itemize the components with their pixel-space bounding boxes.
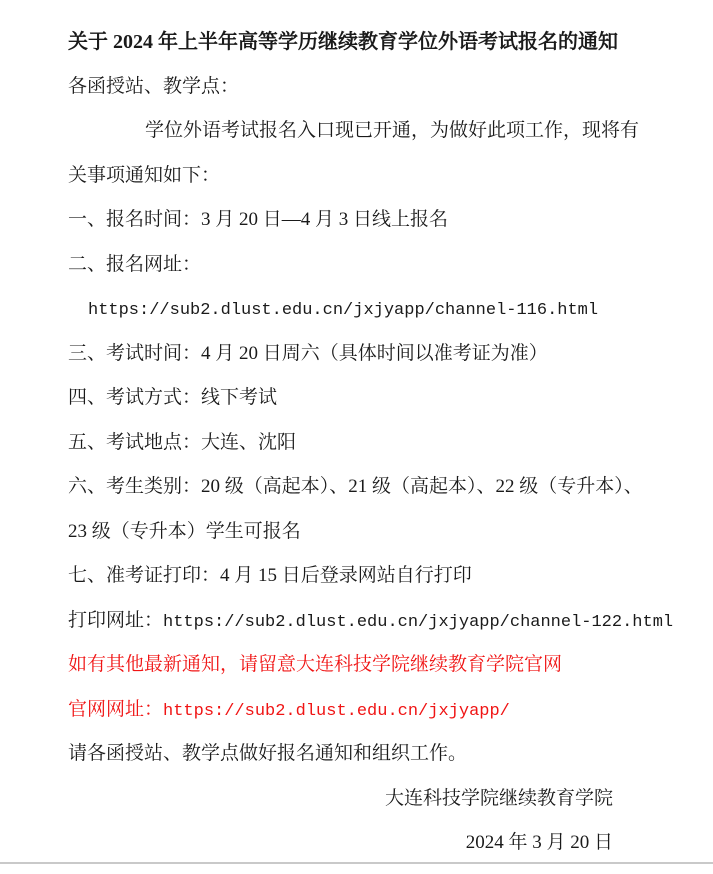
item-3-exam-time: 三、考试时间：4 月 20 日周六（具体时间以准考证为准）: [68, 332, 713, 377]
notice-document-body: 关于 2024 年上半年高等学历继续教育学位外语考试报名的通知 各函授站、教学点…: [0, 0, 713, 866]
print-url-label: 打印网址：: [68, 610, 163, 631]
official-site-line: 官网网址：https://sub2.dlust.edu.cn/jxjyapp/: [68, 688, 713, 733]
item-5-exam-location: 五、考试地点：大连、沈阳: [68, 421, 713, 466]
intro-paragraph-line-2: 关事项通知如下：: [68, 154, 713, 199]
date-line: 2024 年 3 月 20 日: [68, 821, 713, 866]
item-7-admission-ticket-print: 七、准考证打印：4 月 15 日后登录网站自行打印: [68, 554, 713, 599]
closing-request-line: 请各函授站、教学点做好报名通知和组织工作。: [68, 732, 713, 777]
print-url-line: 打印网址：https://sub2.dlust.edu.cn/jxjyapp/c…: [68, 599, 713, 644]
intro-paragraph-line-1: 学位外语考试报名入口现已开通，为做好此项工作，现将有: [68, 109, 713, 154]
salutation: 各函授站、教学点：: [68, 65, 713, 110]
official-site-label: 官网网址：: [68, 699, 163, 720]
item-2-registration-site-label: 二、报名网址：: [68, 243, 713, 288]
item-2-registration-url: https://sub2.dlust.edu.cn/jxjyapp/channe…: [68, 287, 713, 332]
page-bottom-divider: [0, 862, 713, 864]
item-6-candidate-category-line-1: 六、考生类别：20 级（高起本）、21 级（高起本）、22 级（专升本）、: [68, 465, 713, 510]
notice-document-page: 关于 2024 年上半年高等学历继续教育学位外语考试报名的通知 各函授站、教学点…: [0, 0, 713, 874]
signature-line: 大连科技学院继续教育学院: [68, 777, 713, 822]
item-1-registration-time: 一、报名时间：3 月 20 日—4 月 3 日线上报名: [68, 198, 713, 243]
red-notice-line: 如有其他最新通知，请留意大连科技学院继续教育学院官网: [68, 643, 713, 688]
item-4-exam-format: 四、考试方式：线下考试: [68, 376, 713, 421]
print-url-text: https://sub2.dlust.edu.cn/jxjyapp/channe…: [163, 613, 673, 632]
official-site-url-text: https://sub2.dlust.edu.cn/jxjyapp/: [163, 702, 510, 721]
registration-url-text: https://sub2.dlust.edu.cn/jxjyapp/channe…: [88, 301, 598, 320]
item-6-candidate-category-line-2: 23 级（专升本）学生可报名: [68, 510, 713, 555]
notice-title: 关于 2024 年上半年高等学历继续教育学位外语考试报名的通知: [68, 20, 713, 65]
